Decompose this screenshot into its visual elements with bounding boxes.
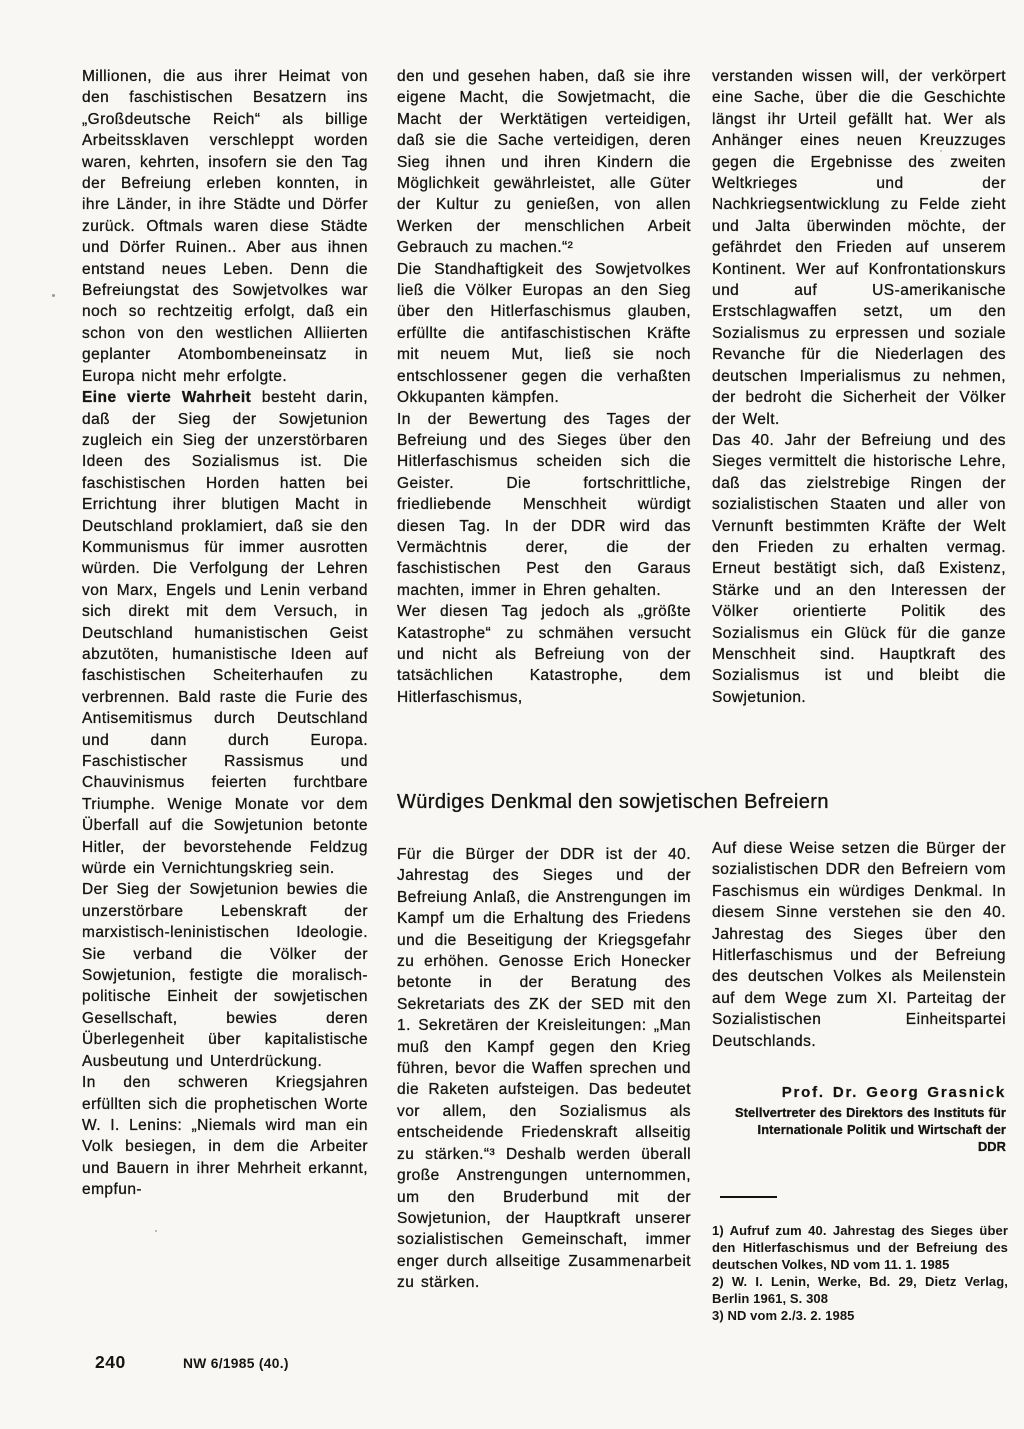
paragraph: In der Bewertung des Tages der Befreiung… <box>397 409 691 602</box>
column-right-s1: verstanden wissen will, der verkörpert e… <box>712 66 1006 708</box>
affiliation: Stellvertreter des Direktors des Institu… <box>730 1105 1006 1155</box>
column-right-s2: Auf diese Weise setzen die Bürger der so… <box>712 838 1006 1052</box>
section-heading: Würdiges Denkmal den sowjetischen Befrei… <box>397 791 829 814</box>
byline: Prof. Dr. Georg Grasnick <box>712 1082 1006 1103</box>
paragraph: den und gesehen haben, daß sie ihre eige… <box>397 66 691 259</box>
paragraph: Wer diesen Tag jedoch als „größte Katast… <box>397 601 691 708</box>
footnote: 3) ND vom 2./3. 2. 1985 <box>712 1307 1008 1324</box>
footnote-rule <box>720 1196 777 1198</box>
magazine-page: Millionen, die aus ihrer Heimat von den … <box>0 0 1024 1429</box>
column-middle-s1: den und gesehen haben, daß sie ihre eige… <box>397 66 691 708</box>
scan-speck <box>52 294 55 297</box>
column-middle-s2: Für die Bürger der DDR ist der 40. Jahre… <box>397 844 691 1294</box>
footnote: 1) Aufruf zum 40. Jahrestag des Sieges ü… <box>712 1222 1008 1273</box>
issue-label: NW 6/1985 (40.) <box>183 1356 289 1371</box>
footnotes: 1) Aufruf zum 40. Jahrestag des Sieges ü… <box>712 1222 1008 1324</box>
paragraph: In den schweren Kriegsjahren erfüllten s… <box>82 1072 368 1200</box>
paragraph: Der Sieg der Sowjetunion bewies die unze… <box>82 879 368 1072</box>
paragraph: Für die Bürger der DDR ist der 40. Jahre… <box>397 844 691 1294</box>
byline-block: Prof. Dr. Georg Grasnick Stellvertreter … <box>712 1078 1006 1156</box>
paragraph: Die Standhaftigkeit des Sowjetvolkes lie… <box>397 259 691 409</box>
scan-speck <box>155 1230 157 1232</box>
paragraph: Das 40. Jahr der Befreiung und des Siege… <box>712 430 1006 708</box>
column-left-s1: Millionen, die aus ihrer Heimat von den … <box>82 66 368 1201</box>
paragraph: verstanden wissen will, der verkörpert e… <box>712 66 1006 430</box>
page-number: 240 <box>95 1352 126 1373</box>
paragraph: Millionen, die aus ihrer Heimat von den … <box>82 66 368 387</box>
paragraph: Auf diese Weise setzen die Bürger der so… <box>712 838 1006 1052</box>
paragraph: Eine vierte Wahrheit besteht darin, daß … <box>82 387 368 879</box>
footnote: 2) W. I. Lenin, Werke, Bd. 29, Dietz Ver… <box>712 1273 1008 1307</box>
